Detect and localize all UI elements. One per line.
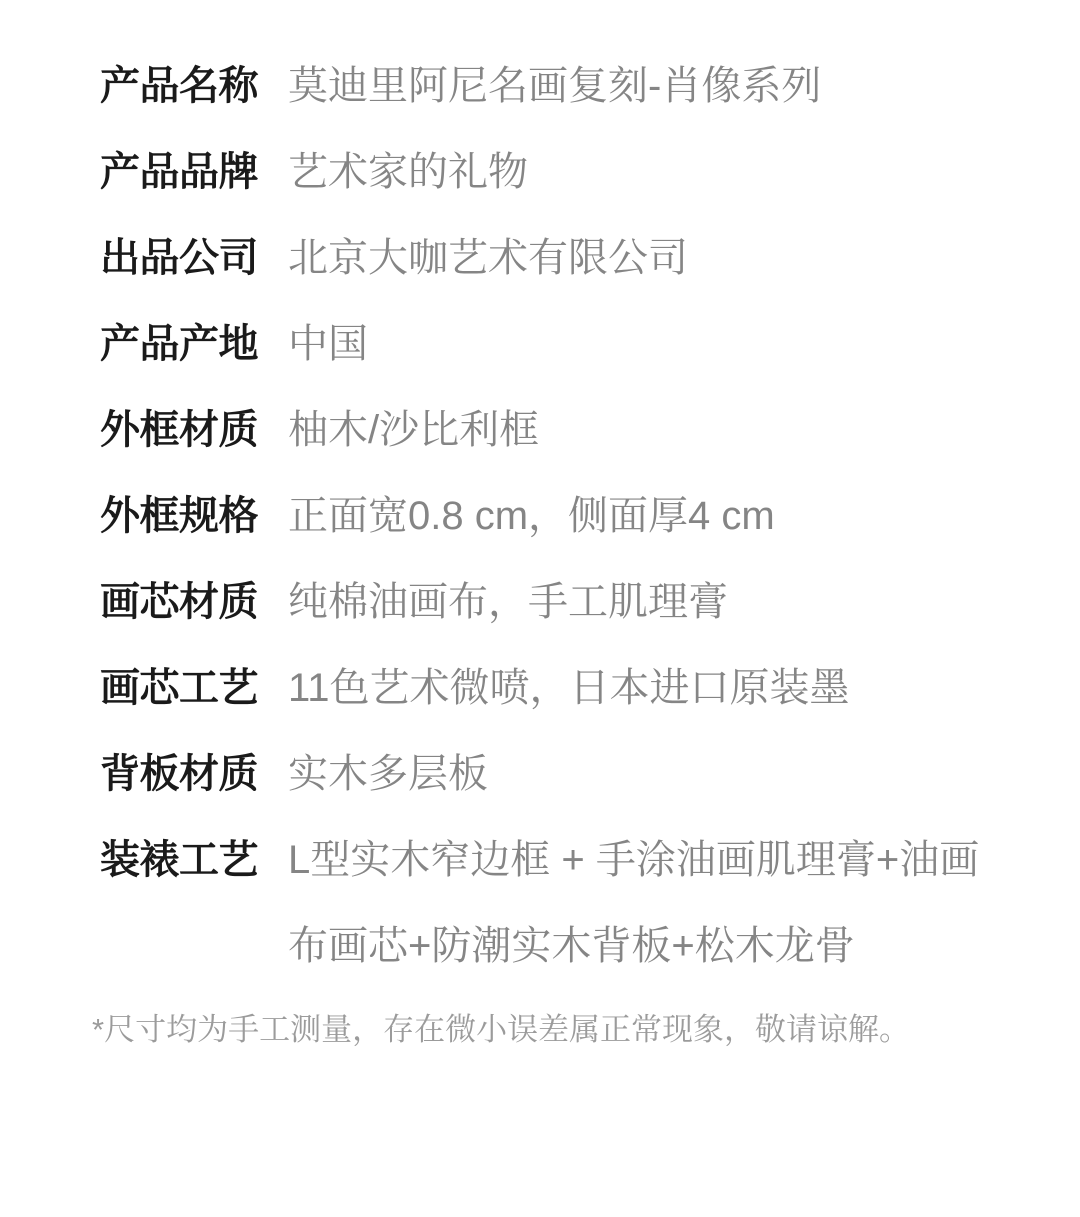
spec-table: 产品名称 莫迪里阿尼名画复刻-肖像系列 产品品牌 艺术家的礼物 出品公司 北京大… <box>0 0 1080 989</box>
spec-value: 柚木/沙比利框 <box>288 387 539 473</box>
spec-label: 出品公司 <box>100 215 288 301</box>
spec-label: 外框规格 <box>100 473 288 559</box>
spec-row-origin: 产品产地 中国 <box>100 301 1012 387</box>
spec-label: 画芯工艺 <box>100 645 288 731</box>
spec-value: 中国 <box>288 301 368 387</box>
spec-row-producer: 出品公司 北京大咖艺术有限公司 <box>100 215 1012 301</box>
spec-value: 正面宽0.8 cm，侧面厚4 cm <box>288 473 775 559</box>
spec-label: 背板材质 <box>100 731 288 817</box>
product-spec-sheet: 产品名称 莫迪里阿尼名画复刻-肖像系列 产品品牌 艺术家的礼物 出品公司 北京大… <box>0 0 1080 1217</box>
spec-value: 纯棉油画布，手工肌理膏 <box>288 559 728 645</box>
spec-label: 外框材质 <box>100 387 288 473</box>
measurement-disclaimer-footnote: *尺寸均为手工测量，存在微小误差属正常现象，敬请谅解。 <box>0 989 1080 1071</box>
spec-value: 北京大咖艺术有限公司 <box>288 215 688 301</box>
spec-row-frame-material: 外框材质 柚木/沙比利框 <box>100 387 1012 473</box>
spec-row-product-name: 产品名称 莫迪里阿尼名画复刻-肖像系列 <box>100 43 1012 129</box>
spec-label: 装裱工艺 <box>100 817 288 903</box>
spec-value: L型实木窄边框 + 手涂油画肌理膏+油画布画芯+防潮实木背板+松木龙骨 <box>288 817 1002 989</box>
spec-value: 莫迪里阿尼名画复刻-肖像系列 <box>288 43 821 129</box>
spec-label: 产品产地 <box>100 301 288 387</box>
spec-row-brand: 产品品牌 艺术家的礼物 <box>100 129 1012 215</box>
spec-value: 实木多层板 <box>288 731 488 817</box>
spec-label: 画芯材质 <box>100 559 288 645</box>
spec-row-canvas-material: 画芯材质 纯棉油画布，手工肌理膏 <box>100 559 1012 645</box>
spec-row-backboard-material: 背板材质 实木多层板 <box>100 731 1012 817</box>
spec-row-canvas-craft: 画芯工艺 11色艺术微喷，日本进口原装墨 <box>100 645 1012 731</box>
spec-row-frame-size: 外框规格 正面宽0.8 cm，侧面厚4 cm <box>100 473 1012 559</box>
spec-label: 产品品牌 <box>100 129 288 215</box>
spec-row-mounting-craft: 装裱工艺 L型实木窄边框 + 手涂油画肌理膏+油画布画芯+防潮实木背板+松木龙骨 <box>100 817 1012 989</box>
spec-label: 产品名称 <box>100 43 288 129</box>
spec-value: 艺术家的礼物 <box>288 129 528 215</box>
spec-value: 11色艺术微喷，日本进口原装墨 <box>288 645 850 731</box>
